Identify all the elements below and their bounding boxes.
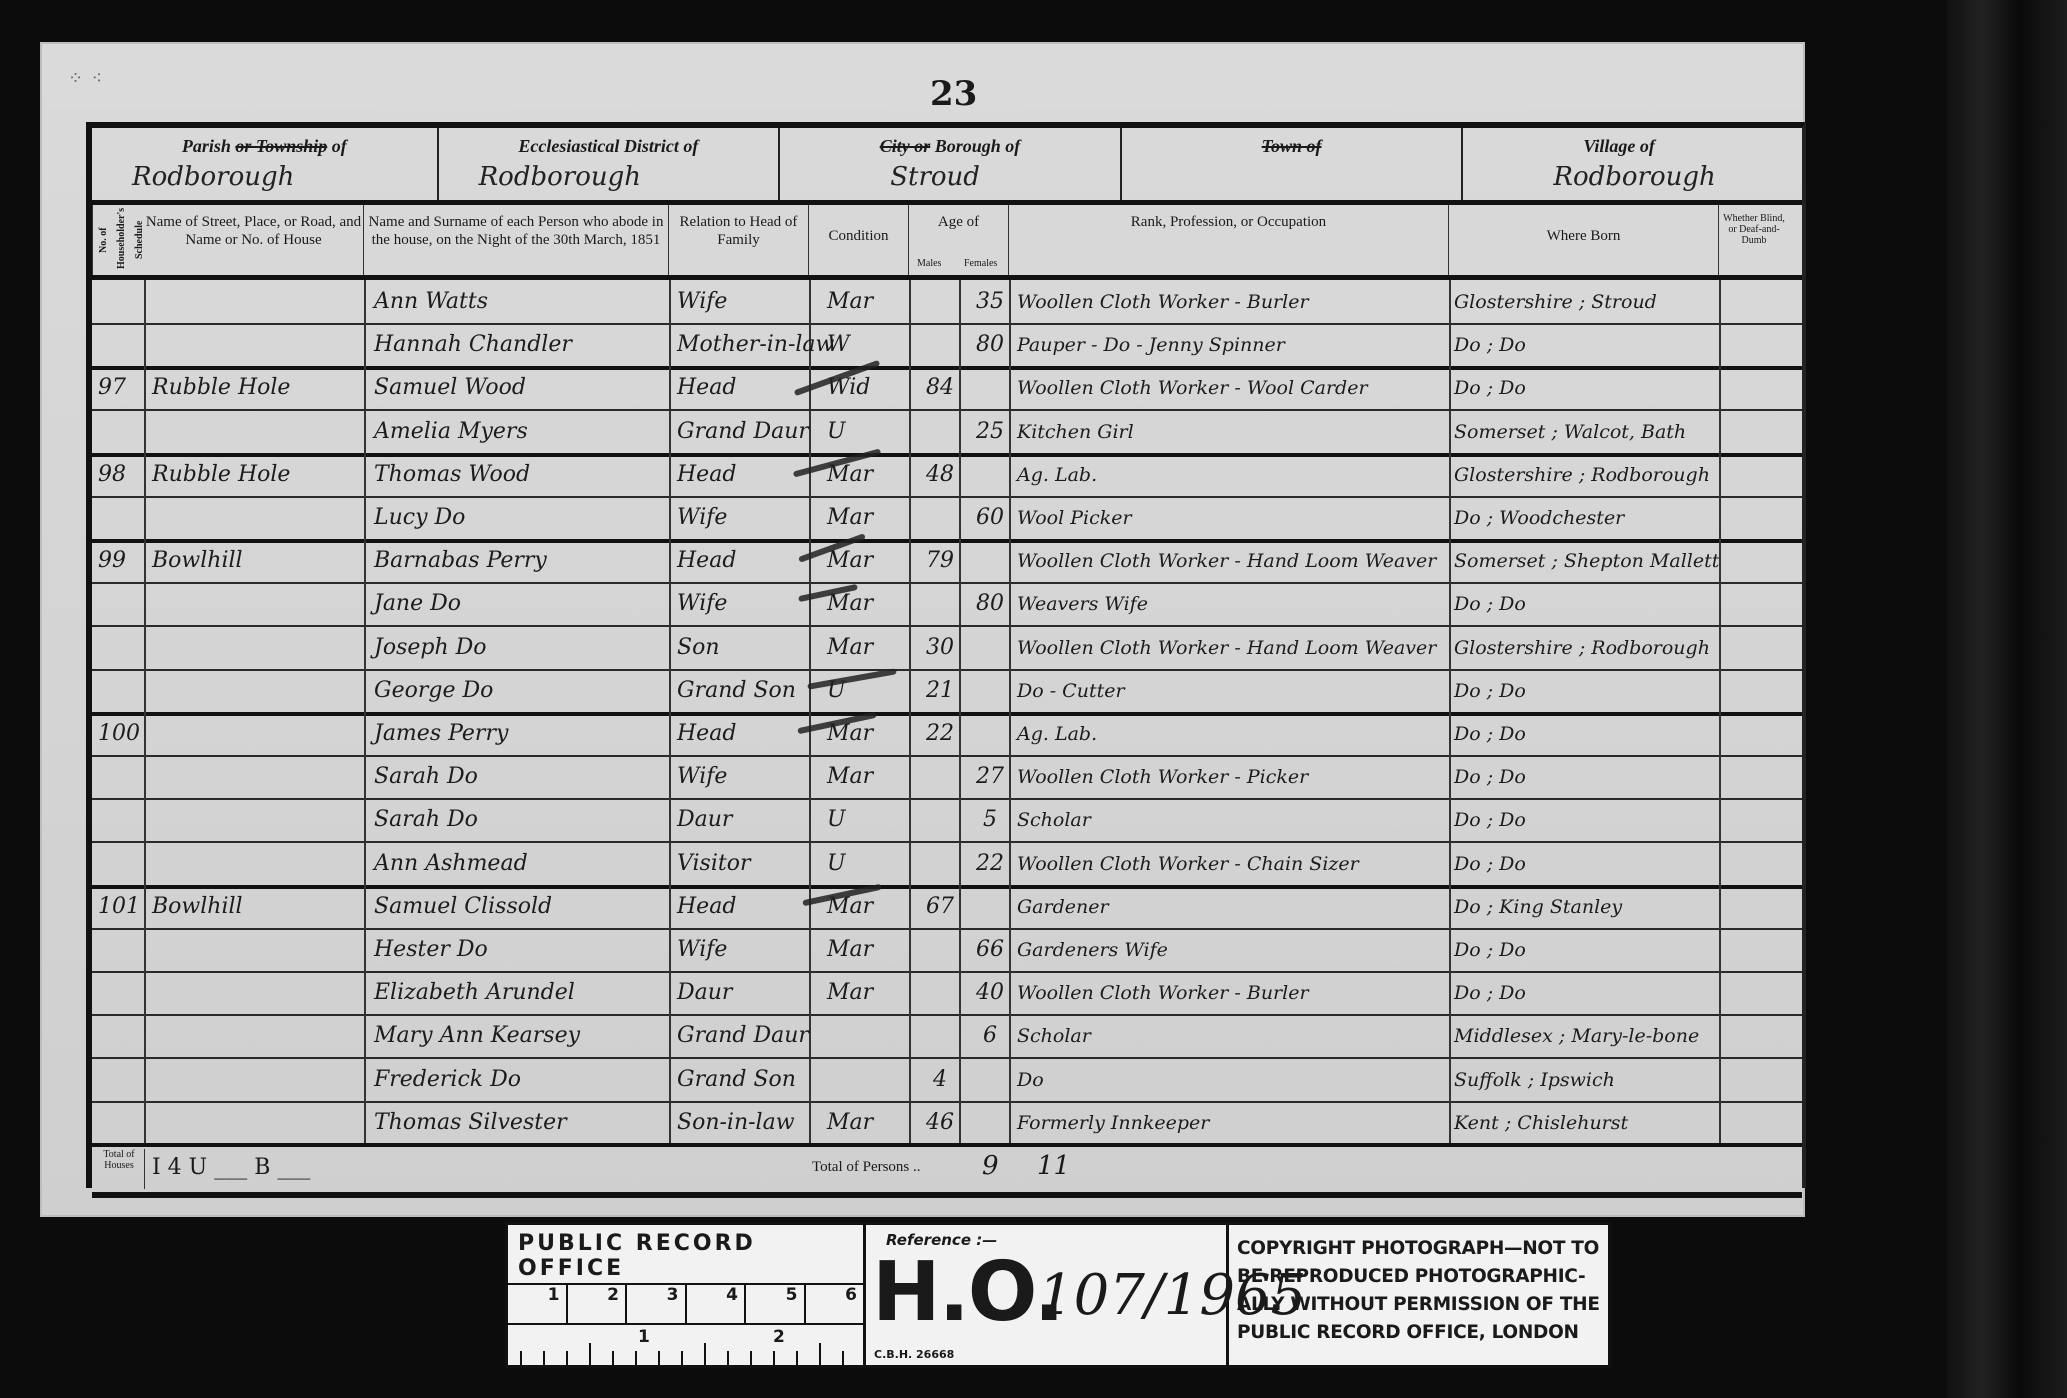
- cell-male-age: 46: [920, 1105, 960, 1141]
- column-rule: [364, 928, 366, 971]
- column-rule: [669, 1014, 671, 1057]
- cell-occupation: Scholar: [1017, 802, 1447, 838]
- cell-condition: Mar: [827, 759, 907, 795]
- column-rule: [909, 410, 911, 453]
- ruler-tick: [543, 1351, 545, 1369]
- parish-cell: Parish or Township of Rodborough: [92, 128, 439, 200]
- column-rule: [669, 755, 671, 798]
- cell-female-age: 60: [970, 500, 1010, 536]
- column-rule: [1449, 366, 1451, 409]
- cell-female-age: [970, 716, 1010, 752]
- column-rule: [1719, 1058, 1721, 1101]
- table-row: Mary Ann KearseyGrand Daur6ScholarMiddle…: [92, 1014, 1802, 1059]
- cell-female-age: [970, 370, 1010, 406]
- col-females: Females: [964, 255, 997, 273]
- cell-born: Do ; Do: [1454, 673, 1719, 709]
- cell-name: James Perry: [374, 716, 669, 752]
- cell-name: Jane Do: [374, 586, 669, 622]
- totals-row: Total of Houses I 4 U ___ B ___ Total of…: [92, 1143, 1802, 1198]
- cell-street: [152, 1105, 362, 1141]
- ruler-top: 123 456: [508, 1285, 863, 1325]
- column-headings: No. of Householder's Schedule Name of St…: [92, 205, 1802, 280]
- column-rule: [669, 669, 671, 712]
- cell-male-age: [920, 802, 960, 838]
- cell-schedule: [98, 759, 142, 795]
- cell-relation: Wife: [677, 500, 807, 536]
- cell-born: Somerset ; Shepton Mallett: [1454, 543, 1719, 579]
- cell-name: Frederick Do: [374, 1062, 669, 1098]
- ruler-tick: [681, 1351, 683, 1369]
- cell-occupation: Woollen Cloth Worker - Hand Loom Weaver: [1017, 630, 1447, 666]
- cell-street: [152, 1018, 362, 1054]
- ruler-tick: [842, 1351, 844, 1369]
- column-rule: [364, 366, 366, 409]
- cell-male-age: 21: [920, 673, 960, 709]
- ruler-tick: [704, 1343, 706, 1369]
- cell-female-age: 40: [970, 975, 1010, 1011]
- cell-occupation: Woollen Cloth Worker - Burler: [1017, 284, 1447, 320]
- column-rule: [669, 582, 671, 625]
- cell-occupation: Woollen Cloth Worker - Wool Carder: [1017, 370, 1447, 406]
- age-of-label: Age of: [909, 213, 1008, 231]
- cell-name: Hannah Chandler: [374, 327, 669, 363]
- col-schedule-no: No. of Householder's Schedule: [92, 205, 144, 275]
- eccl-district-value: Rodborough: [479, 162, 641, 192]
- column-rule: [144, 496, 146, 539]
- column-rule: [364, 669, 366, 712]
- cell-female-age: [970, 1062, 1010, 1098]
- cell-born: Glostershire ; Rodborough: [1454, 457, 1719, 493]
- column-rule: [1449, 323, 1451, 366]
- cell-male-age: [920, 975, 960, 1011]
- cell-schedule: 97: [98, 370, 142, 406]
- column-rule: [1719, 410, 1721, 453]
- corner-mark: ⁘ ⁖: [68, 68, 104, 89]
- cell-occupation: Wool Picker: [1017, 500, 1447, 536]
- cell-schedule: 99: [98, 543, 142, 579]
- column-rule: [364, 582, 366, 625]
- column-rule: [1719, 669, 1721, 712]
- cell-name: Joseph Do: [374, 630, 669, 666]
- column-rule: [1449, 842, 1451, 885]
- cell-name: Thomas Wood: [374, 457, 669, 493]
- table-row: Hannah ChandlerMother-in-lawW80Pauper - …: [92, 323, 1802, 370]
- cell-born: Do ; Woodchester: [1454, 500, 1719, 536]
- column-rule: [1719, 842, 1721, 885]
- column-rule: [809, 496, 811, 539]
- ruler-tick: [658, 1351, 660, 1369]
- cell-condition: [827, 1062, 907, 1098]
- column-rule: [669, 712, 671, 755]
- cell-schedule: [98, 284, 142, 320]
- cell-street: [152, 802, 362, 838]
- cell-street: [152, 414, 362, 450]
- town-cell: Town of: [1122, 128, 1464, 200]
- cell-street: Bowlhill: [152, 889, 362, 925]
- ruler-tick: [773, 1351, 775, 1369]
- column-rule: [909, 1058, 911, 1101]
- column-rule: [364, 842, 366, 885]
- column-rule: [144, 971, 146, 1014]
- cell-female-age: 27: [970, 759, 1010, 795]
- column-rule: [364, 1014, 366, 1057]
- cell-female-age: 66: [970, 932, 1010, 968]
- cell-schedule: [98, 1062, 142, 1098]
- cell-street: [152, 1062, 362, 1098]
- column-rule: [1719, 323, 1721, 366]
- column-rule: [1719, 712, 1721, 755]
- table-row: Sarah DoWifeMar27Woollen Cloth Worker - …: [92, 755, 1802, 800]
- parish-value: Rodborough: [132, 162, 294, 192]
- column-rule: [809, 798, 811, 841]
- cell-schedule: 100: [98, 716, 142, 752]
- cell-male-age: 84: [920, 370, 960, 406]
- cell-relation: Wife: [677, 284, 807, 320]
- column-rule: [144, 842, 146, 885]
- cell-name: Elizabeth Arundel: [374, 975, 669, 1011]
- column-rule: [1719, 1014, 1721, 1057]
- cell-born: Do ; Do: [1454, 370, 1719, 406]
- column-rule: [669, 496, 671, 539]
- column-rule: [364, 712, 366, 755]
- cell-female-age: 22: [970, 846, 1010, 882]
- column-rule: [809, 885, 811, 928]
- cell-occupation: Ag. Lab.: [1017, 457, 1447, 493]
- cell-female-age: [970, 543, 1010, 579]
- cell-street: [152, 500, 362, 536]
- column-rule: [909, 798, 911, 841]
- column-rule: [669, 453, 671, 496]
- cell-occupation: Ag. Lab.: [1017, 716, 1447, 752]
- column-rule: [144, 928, 146, 971]
- houses-total-label: Total of Houses: [94, 1149, 145, 1189]
- col-occupation: Rank, Profession, or Occupation: [1009, 205, 1449, 275]
- column-rule: [669, 280, 671, 323]
- houses-total-value: I 4 U ___ B ___: [152, 1155, 310, 1180]
- cell-relation: Wife: [677, 932, 807, 968]
- cell-occupation: Do - Cutter: [1017, 673, 1447, 709]
- column-rule: [909, 842, 911, 885]
- col-name: Name and Surname of each Person who abod…: [364, 205, 669, 275]
- cell-relation: Wife: [677, 586, 807, 622]
- cell-condition: U: [827, 802, 907, 838]
- column-rule: [144, 755, 146, 798]
- cell-name: Amelia Myers: [374, 414, 669, 450]
- column-rule: [1719, 1101, 1721, 1144]
- column-rule: [669, 323, 671, 366]
- ruler-tick: [566, 1351, 568, 1369]
- cell-name: Ann Ashmead: [374, 846, 669, 882]
- cell-occupation: Woollen Cloth Worker - Burler: [1017, 975, 1447, 1011]
- table-row: 97Rubble HoleSamuel WoodHeadWid84Woollen…: [92, 366, 1802, 411]
- cell-schedule: [98, 500, 142, 536]
- cell-condition: Mar: [827, 284, 907, 320]
- cell-occupation: Gardeners Wife: [1017, 932, 1447, 968]
- column-rule: [809, 280, 811, 323]
- reference-prefix: H.O.: [872, 1247, 1063, 1339]
- cell-street: [152, 630, 362, 666]
- village-value: Rodborough: [1553, 162, 1715, 192]
- column-rule: [669, 971, 671, 1014]
- eccl-district-cell: Ecclesiastical District of Rodborough: [439, 128, 781, 200]
- column-rule: [144, 885, 146, 928]
- column-rule: [1719, 971, 1721, 1014]
- cell-street: [152, 716, 362, 752]
- cell-relation: Head: [677, 716, 807, 752]
- cell-occupation: Pauper - Do - Jenny Spinner: [1017, 327, 1447, 363]
- ruler-tick: [727, 1351, 729, 1369]
- cell-condition: U: [827, 846, 907, 882]
- cell-street: Rubble Hole: [152, 370, 362, 406]
- cell-schedule: 101: [98, 889, 142, 925]
- cell-schedule: [98, 327, 142, 363]
- cell-born: Glostershire ; Rodborough: [1454, 630, 1719, 666]
- table-row: Amelia MyersGrand DaurU25Kitchen GirlSom…: [92, 410, 1802, 457]
- column-rule: [144, 1014, 146, 1057]
- column-rule: [909, 669, 911, 712]
- cell-male-age: [920, 586, 960, 622]
- col-condition: Condition: [809, 205, 909, 275]
- column-rule: [1719, 453, 1721, 496]
- cell-female-age: [970, 1105, 1010, 1141]
- cell-female-age: [970, 889, 1010, 925]
- column-rule: [364, 410, 366, 453]
- column-rule: [809, 928, 811, 971]
- column-rule: [144, 539, 146, 582]
- cell-male-age: 30: [920, 630, 960, 666]
- cell-born: Somerset ; Walcot, Bath: [1454, 414, 1719, 450]
- reference-code: C.B.H. 26668: [874, 1348, 954, 1361]
- cell-condition: Mar: [827, 500, 907, 536]
- table-row: Sarah DoDaurU5ScholarDo ; Do: [92, 798, 1802, 843]
- column-rule: [364, 971, 366, 1014]
- column-rule: [1719, 366, 1721, 409]
- column-rule: [1449, 669, 1451, 712]
- cell-street: Rubble Hole: [152, 457, 362, 493]
- cell-schedule: [98, 630, 142, 666]
- census-page: ⁘ ⁖ 23 Parish or Township of Rodborough …: [40, 42, 1805, 1217]
- table-row: Lucy DoWifeMar60Wool PickerDo ; Woodches…: [92, 496, 1802, 543]
- column-rule: [144, 1058, 146, 1101]
- column-rule: [809, 712, 811, 755]
- column-rule: [144, 798, 146, 841]
- column-rule: [1449, 626, 1451, 669]
- cell-occupation: Formerly Innkeeper: [1017, 1105, 1447, 1141]
- cell-occupation: Woollen Cloth Worker - Hand Loom Weaver: [1017, 543, 1447, 579]
- cell-name: Samuel Wood: [374, 370, 669, 406]
- cell-born: Glostershire ; Stroud: [1454, 284, 1719, 320]
- cell-relation: Grand Son: [677, 673, 807, 709]
- cell-schedule: [98, 673, 142, 709]
- cell-relation: Son-in-law: [677, 1105, 807, 1141]
- cell-schedule: [98, 975, 142, 1011]
- cell-street: Bowlhill: [152, 543, 362, 579]
- table-row: Thomas SilvesterSon-in-lawMar46Formerly …: [92, 1101, 1802, 1146]
- col-males: Males: [917, 255, 941, 273]
- males-total: 9: [982, 1151, 999, 1181]
- cell-born: Do ; Do: [1454, 975, 1719, 1011]
- column-rule: [909, 928, 911, 971]
- pro-ruler-block: PUBLIC RECORD OFFICE 123 456 1 2: [508, 1225, 866, 1365]
- column-rule: [909, 885, 911, 928]
- column-rule: [809, 626, 811, 669]
- table-row: 98Rubble HoleThomas WoodHeadMar48Ag. Lab…: [92, 453, 1802, 498]
- column-rule: [909, 366, 911, 409]
- cell-occupation: Woollen Cloth Worker - Chain Sizer: [1017, 846, 1447, 882]
- table-row: Elizabeth ArundelDaurMar40Woollen Cloth …: [92, 971, 1802, 1016]
- column-rule: [1719, 539, 1721, 582]
- cell-name: Barnabas Perry: [374, 543, 669, 579]
- cell-male-age: [920, 759, 960, 795]
- cell-name: Ann Watts: [374, 284, 669, 320]
- cell-female-age: 80: [970, 586, 1010, 622]
- col-blind-deaf: Whether Blind, or Deaf-and-Dumb: [1719, 205, 1789, 275]
- column-rule: [809, 971, 811, 1014]
- cell-female-age: [970, 630, 1010, 666]
- column-rule: [669, 1058, 671, 1101]
- ruler-tick: [796, 1351, 798, 1369]
- cell-born: Do ; King Stanley: [1454, 889, 1719, 925]
- cell-relation: Daur: [677, 802, 807, 838]
- cell-street: [152, 586, 362, 622]
- cell-born: Do ; Do: [1454, 327, 1719, 363]
- column-rule: [364, 798, 366, 841]
- col-age: Age of Males Females: [909, 205, 1009, 275]
- persons-total-label: Total of Persons ..: [812, 1159, 921, 1176]
- column-rule: [669, 798, 671, 841]
- pro-title: PUBLIC RECORD OFFICE: [508, 1225, 863, 1285]
- table-row: George DoGrand SonU21Do - CutterDo ; Do: [92, 669, 1802, 716]
- ruler-bottom: 1 2: [508, 1325, 863, 1373]
- cell-born: Suffolk ; Ipswich: [1454, 1062, 1719, 1098]
- cell-condition: U: [827, 414, 907, 450]
- cell-born: Middlesex ; Mary-le-bone: [1454, 1018, 1719, 1054]
- cell-street: [152, 327, 362, 363]
- cell-occupation: Kitchen Girl: [1017, 414, 1447, 450]
- ruler-tick: [520, 1351, 522, 1369]
- cell-schedule: [98, 414, 142, 450]
- reference-block: Reference :— H.O. 107/1965 C.B.H. 26668: [866, 1225, 1229, 1365]
- column-rule: [909, 626, 911, 669]
- column-rule: [1449, 582, 1451, 625]
- ruler-tick: [819, 1343, 821, 1369]
- column-rule: [1719, 496, 1721, 539]
- column-rule: [909, 1014, 911, 1057]
- table-row: Ann AshmeadVisitorU22Woollen Cloth Worke…: [92, 842, 1802, 889]
- table-row: Frederick DoGrand Son4DoSuffolk ; Ipswic…: [92, 1058, 1802, 1103]
- cell-female-age: [970, 673, 1010, 709]
- column-rule: [144, 626, 146, 669]
- column-rule: [809, 1101, 811, 1144]
- reference-number: 107/1965: [1038, 1263, 1306, 1328]
- cell-relation: Head: [677, 370, 807, 406]
- district-header: Parish or Township of Rodborough Ecclesi…: [92, 128, 1802, 205]
- page-number: 23: [930, 74, 977, 114]
- table-row: Ann WattsWifeMar35Woollen Cloth Worker -…: [92, 280, 1802, 325]
- cell-name: Lucy Do: [374, 500, 669, 536]
- column-rule: [809, 453, 811, 496]
- cell-male-age: [920, 846, 960, 882]
- column-rule: [1719, 928, 1721, 971]
- cell-relation: Grand Daur: [677, 414, 807, 450]
- column-rule: [1449, 1058, 1451, 1101]
- cell-male-age: [920, 327, 960, 363]
- column-rule: [144, 712, 146, 755]
- cell-male-age: [920, 414, 960, 450]
- column-rule: [809, 755, 811, 798]
- column-rule: [1719, 885, 1721, 928]
- column-rule: [1449, 1101, 1451, 1144]
- ruler-tick: [612, 1351, 614, 1369]
- column-rule: [909, 323, 911, 366]
- cell-female-age: 25: [970, 414, 1010, 450]
- column-rule: [1449, 971, 1451, 1014]
- cell-name: Sarah Do: [374, 759, 669, 795]
- column-rule: [809, 842, 811, 885]
- cell-name: George Do: [374, 673, 669, 709]
- column-rule: [669, 539, 671, 582]
- ruler-tick: [589, 1343, 591, 1369]
- col-street: Name of Street, Place, or Road, and Name…: [144, 205, 364, 275]
- cell-relation: Wife: [677, 759, 807, 795]
- cell-occupation: Woollen Cloth Worker - Picker: [1017, 759, 1447, 795]
- cell-name: Samuel Clissold: [374, 889, 669, 925]
- cell-male-age: [920, 1018, 960, 1054]
- cell-male-age: 48: [920, 457, 960, 493]
- females-total: 11: [1037, 1151, 1070, 1181]
- archive-reference-label: PUBLIC RECORD OFFICE 123 456 1 2 Referen…: [505, 1222, 1611, 1368]
- cell-street: [152, 932, 362, 968]
- cell-occupation: Do: [1017, 1062, 1447, 1098]
- cell-relation: Daur: [677, 975, 807, 1011]
- column-rule: [809, 410, 811, 453]
- cell-condition: W: [827, 327, 907, 363]
- cell-born: Do ; Do: [1454, 759, 1719, 795]
- cell-born: Do ; Do: [1454, 716, 1719, 752]
- column-rule: [1449, 410, 1451, 453]
- cell-schedule: [98, 1018, 142, 1054]
- column-rule: [144, 453, 146, 496]
- table-row: 99BowlhillBarnabas PerryHeadMar79Woollen…: [92, 539, 1802, 584]
- cell-relation: Visitor: [677, 846, 807, 882]
- column-rule: [909, 971, 911, 1014]
- cell-street: [152, 284, 362, 320]
- census-form: Parish or Township of Rodborough Ecclesi…: [86, 122, 1806, 1188]
- cell-name: Hester Do: [374, 932, 669, 968]
- column-rule: [909, 496, 911, 539]
- cell-name: Mary Ann Kearsey: [374, 1018, 669, 1054]
- column-rule: [1449, 1014, 1451, 1057]
- cell-born: Do ; Do: [1454, 586, 1719, 622]
- cell-male-age: [920, 932, 960, 968]
- column-rule: [364, 885, 366, 928]
- cell-condition: Mar: [827, 975, 907, 1011]
- column-rule: [909, 1101, 911, 1144]
- cell-male-age: 22: [920, 716, 960, 752]
- cell-street: [152, 846, 362, 882]
- column-rule: [1449, 280, 1451, 323]
- cell-female-age: [970, 457, 1010, 493]
- cell-relation: Mother-in-law: [677, 327, 807, 363]
- cell-schedule: 98: [98, 457, 142, 493]
- cell-relation: Son: [677, 630, 807, 666]
- column-rule: [364, 1058, 366, 1101]
- column-rule: [809, 1014, 811, 1057]
- ruler-tick: [635, 1351, 637, 1369]
- cell-born: Do ; Do: [1454, 846, 1719, 882]
- village-cell: Village of Rodborough: [1463, 128, 1802, 200]
- cell-street: [152, 759, 362, 795]
